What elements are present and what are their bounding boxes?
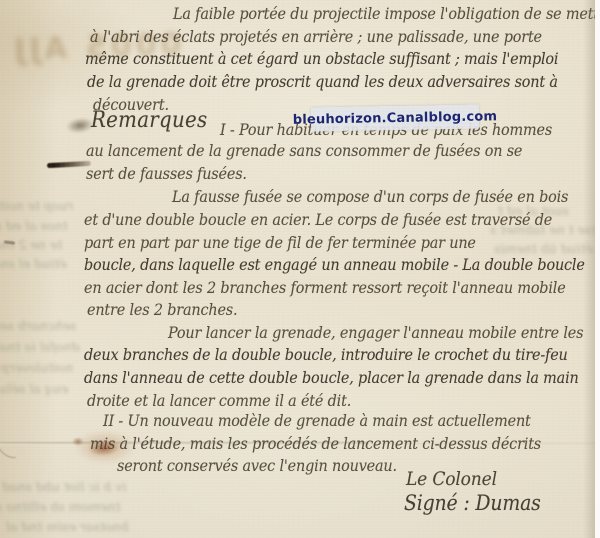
letter-line: seront conservés avec l'engin nouveau. [117, 455, 397, 477]
letter-line: droite et la lancer comme il a été dit. [87, 390, 351, 412]
bleedthrough-line: bnotsar esim tnd al [6, 519, 129, 534]
letter-line: dans l'anneau de cette double boucle, pl… [84, 367, 579, 389]
letter-line: de la grenade doit être proscrit quand l… [87, 71, 558, 93]
bleedthrough-line: te ne 2 tnaruq [0, 237, 62, 252]
bleedthrough-line: ruop te noitcur [0, 198, 74, 213]
letter-line: entre les 2 branches. [87, 299, 237, 321]
bleedthrough-line: iv b ic liot ubd snad [2, 479, 126, 494]
scan-edge-shadow [583, 0, 595, 538]
watermark: bleuhorizon.Canalblog.com [311, 105, 479, 132]
letter-line: sert de fausses fusées. [86, 163, 247, 185]
bleedthrough-line: sehcnarb sed n [0, 318, 76, 333]
remarques-heading: Remarques [91, 110, 207, 132]
bleedthrough-line: tnemom sb ellitno s [0, 499, 120, 514]
scan-edge [595, 0, 600, 538]
bleedthrough-line: étiud el snad t [0, 256, 67, 271]
letter-line: La fausse fusée se compose d'un corps de… [172, 186, 568, 208]
ink-dash-mark [47, 161, 91, 168]
letter-line: et d'une double boucle en acier. Le corp… [84, 209, 552, 231]
letter-line: au lancement de la grenade sans consomme… [86, 140, 522, 162]
letter-line: boucle, dans laquelle est engagé un anne… [84, 254, 585, 276]
bleedthrough-line: noituloverp uot [0, 360, 73, 375]
signature-name: Signé : Dumas [404, 492, 541, 514]
letter-line: part en part par une tige de fil de fer … [84, 232, 476, 254]
letter-line: II - Un nouveau modèle de grenade à main… [103, 410, 531, 432]
letter-line: même constituent à cet égard un obstacle… [85, 48, 558, 70]
letter-line: Pour lancer la grenade, engager l'anneau… [168, 322, 583, 344]
letter-line: à l'abri des éclats projetés en arrière … [90, 26, 542, 48]
bleedthrough-line: dnofal ia tnak s [0, 339, 80, 354]
edge-crease [0, 428, 16, 458]
bleedthrough-line: euq al séluqor [0, 381, 68, 396]
bleedthrough-line: tnos al ed sél [0, 218, 68, 233]
letter-line: La faible portée du projectile impose l'… [173, 3, 600, 25]
letter-line: mis à l'étude, mais les procédés de lanc… [90, 433, 541, 455]
scanned-letter-page: 0005 AJJ ruop te noitcur tnos al ed sél … [0, 0, 600, 538]
letter-line: deux branches de la double boucle, intro… [84, 344, 568, 366]
letter-line: en acier dont les 2 branches forment res… [84, 277, 566, 299]
signature-rank: Le Colonel [406, 468, 497, 490]
stain-dot [72, 437, 84, 446]
